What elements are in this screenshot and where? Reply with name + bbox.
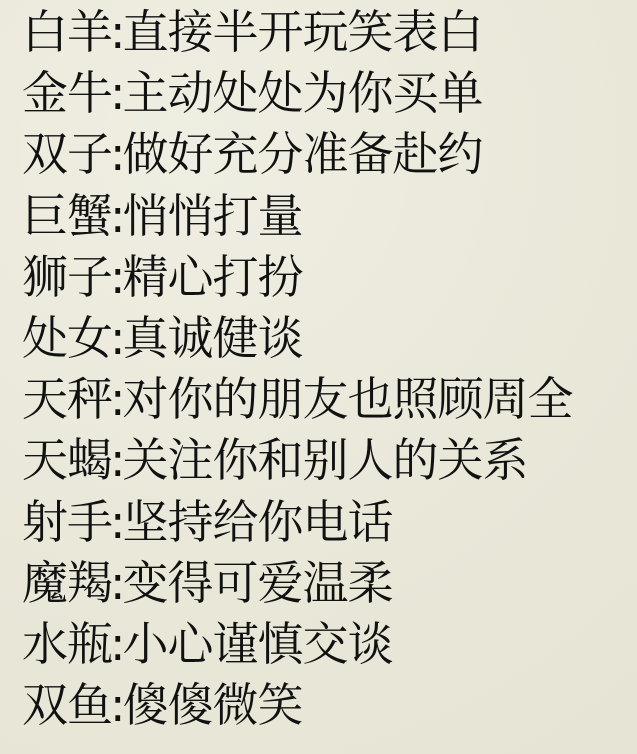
zodiac-sign: 双鱼 [22,678,112,732]
behavior-text: 小心谨慎交谈 [123,617,393,671]
behavior-text: 精心打扮 [123,250,303,304]
zodiac-list: 白羊:直接半开玩笑表白 金牛:主动处处为你买单 双子:做好充分准备赴约 巨蟹:悄… [0,0,637,754]
zodiac-sign: 双子 [22,127,112,181]
list-item: 狮子:精心打扮 [22,247,637,308]
zodiac-sign: 天蝎 [22,433,112,487]
list-item: 双鱼:傻傻微笑 [22,675,637,736]
behavior-text: 直接半开玩笑表白 [123,5,483,59]
list-item: 白羊:直接半开玩笑表白 [22,2,637,63]
behavior-text: 悄悄打量 [123,189,303,243]
behavior-text: 傻傻微笑 [123,678,303,732]
behavior-text: 关注你和别人的关系 [123,433,528,487]
behavior-text: 主动处处为你买单 [123,66,483,120]
list-item: 双子:做好充分准备赴约 [22,124,637,185]
zodiac-sign: 处女 [22,311,112,365]
zodiac-sign: 金牛 [22,66,112,120]
zodiac-sign: 天秤 [22,372,112,426]
zodiac-sign: 巨蟹 [22,189,112,243]
behavior-text: 做好充分准备赴约 [123,127,483,181]
list-item: 魔羯:变得可爱温柔 [22,553,637,614]
zodiac-sign: 魔羯 [22,556,112,610]
behavior-text: 对你的朋友也照顾周全 [123,372,573,426]
zodiac-sign: 射手 [22,495,112,549]
list-item: 天蝎:关注你和别人的关系 [22,430,637,491]
list-item: 水瓶:小心谨慎交谈 [22,614,637,675]
zodiac-sign: 狮子 [22,250,112,304]
list-item: 天秤:对你的朋友也照顾周全 [22,369,637,430]
zodiac-sign: 水瓶 [22,617,112,671]
list-item: 金牛:主动处处为你买单 [22,63,637,124]
list-item: 射手:坚持给你电话 [22,492,637,553]
behavior-text: 坚持给你电话 [123,495,393,549]
list-item: 处女:真诚健谈 [22,308,637,369]
behavior-text: 变得可爱温柔 [123,556,393,610]
behavior-text: 真诚健谈 [123,311,303,365]
list-item: 巨蟹:悄悄打量 [22,186,637,247]
zodiac-sign: 白羊 [22,5,112,59]
